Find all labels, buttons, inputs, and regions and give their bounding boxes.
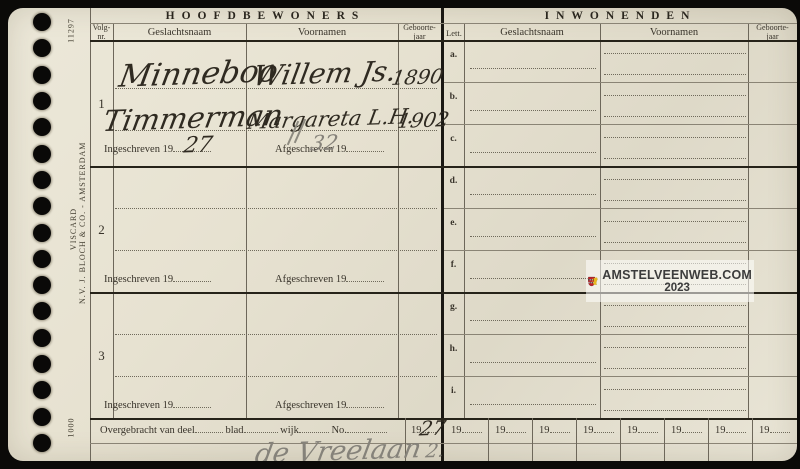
dotted-rule <box>470 320 596 321</box>
dotted-rule <box>604 242 746 243</box>
grid-line <box>90 40 797 42</box>
dotted-rule <box>115 208 437 209</box>
blad-label: blad <box>225 425 243 436</box>
punch-hole <box>33 250 51 268</box>
dotted-rule <box>115 376 437 377</box>
handwritten-birthyear-1: 1890 <box>390 64 446 90</box>
punch-hole <box>33 13 51 31</box>
dotted-rule <box>604 179 746 180</box>
letter-label: c. <box>446 134 461 144</box>
section-title-hoofdbewoners: HOOFDBEWONERS <box>90 10 441 23</box>
grid-line <box>708 418 709 461</box>
handwritten-ingeschreven-year: 27 <box>182 133 215 159</box>
punch-hole <box>33 381 51 399</box>
grid-line <box>444 124 797 125</box>
dotted-rule <box>604 410 746 411</box>
handwritten-street: de Vreelaan <box>253 433 424 461</box>
letter-label: h. <box>446 344 461 354</box>
printer-name: VISCARD <box>69 208 78 250</box>
grid-line <box>576 418 577 461</box>
row-number: 2 <box>90 222 113 238</box>
dotted-rule <box>604 347 746 348</box>
punch-hole <box>33 224 51 242</box>
punch-hole <box>33 302 51 320</box>
ingeschreven-label: Ingeschreven 19 <box>104 398 211 411</box>
dotted-rule <box>470 68 596 69</box>
handwritten-birthyear-2: 1902 <box>396 107 452 133</box>
letter-label: a. <box>446 50 461 60</box>
dotted-rule <box>470 194 596 195</box>
dotted-rule <box>604 305 746 306</box>
dotted-rule <box>604 53 746 54</box>
stock-number: 1000 <box>67 411 76 445</box>
dotted-rule <box>604 221 746 222</box>
punch-hole <box>33 197 51 215</box>
column-header-geslachtsnaam: Geslachtsnaam <box>113 27 246 38</box>
grid-line <box>444 334 797 335</box>
row-number: 3 <box>90 348 113 364</box>
dotted-rule <box>604 137 746 138</box>
dotted-rule <box>604 116 746 117</box>
punch-hole <box>33 39 51 57</box>
handwritten-afgeschreven-year: 32 <box>309 131 340 156</box>
letter-label: e. <box>446 218 461 228</box>
grid-line <box>444 82 797 83</box>
scanned-card-photo: { "edge": { "print_number": "11297", "pr… <box>0 0 800 469</box>
column-header-geboortejaar-right: Geboorte- jaar <box>748 24 797 41</box>
letter-label: g. <box>446 302 461 312</box>
grid-line <box>444 250 797 251</box>
no-label: No. <box>331 425 346 436</box>
footer-year-cell: 19 <box>539 423 570 436</box>
grid-line <box>113 23 114 418</box>
dotted-rule <box>604 326 746 327</box>
dotted-rule <box>470 362 596 363</box>
footer-year-cell: 19 <box>671 423 702 436</box>
punch-hole <box>33 92 51 110</box>
punch-hole <box>33 171 51 189</box>
column-header-voornamen-right: Voornamen <box>600 27 748 38</box>
dotted-rule <box>470 110 596 111</box>
column-header-geslachtsnaam-right: Geslachtsnaam <box>464 27 600 38</box>
registration-card: 11297 VISCARD N.V. J. BLOCH & CO. - AMST… <box>8 8 797 461</box>
handwritten-house-number: 2. <box>424 440 446 461</box>
grid-line <box>488 418 489 461</box>
column-header-lett: Lett. <box>444 28 464 38</box>
punch-hole <box>33 118 51 136</box>
dotted-rule <box>470 236 596 237</box>
letter-label: d. <box>446 176 461 186</box>
footer-year-cell: 19 <box>715 423 746 436</box>
grid-line <box>90 23 797 24</box>
footer-year-cell: 19 <box>451 423 482 436</box>
footer-year-cell: 19 <box>583 423 614 436</box>
dotted-rule <box>470 404 596 405</box>
grid-line <box>90 166 797 168</box>
column-header-voornamen: Voornamen <box>246 27 398 38</box>
grid-line <box>752 418 753 461</box>
grid-line <box>620 418 621 461</box>
overgebracht-label: Overgebracht van deel blad wijk No. <box>100 423 387 436</box>
watermark-year: 2023 <box>664 282 690 294</box>
grid-line <box>664 418 665 461</box>
punch-hole <box>33 329 51 347</box>
ingeschreven-label: Ingeschreven 19 <box>104 272 211 285</box>
card-print-number: 11297 <box>67 8 76 54</box>
letter-label: i. <box>446 386 461 396</box>
dotted-rule <box>470 152 596 153</box>
printer-imprint: VISCARD N.V. J. BLOCH & CO. - AMSTERDAM <box>69 154 87 304</box>
grid-line <box>444 208 797 209</box>
lion-rampant-icon <box>592 268 598 294</box>
afgeschreven-label: Afgeschreven 19 <box>275 398 384 411</box>
letter-label: f. <box>446 260 461 270</box>
column-header-volgnr: Volg- nr. <box>90 24 113 41</box>
dotted-rule <box>604 95 746 96</box>
handwritten-firstname-1: Willem Js. <box>251 55 399 93</box>
dotted-rule <box>604 389 746 390</box>
dotted-rule <box>604 368 746 369</box>
dotted-rule <box>115 250 437 251</box>
dotted-rule <box>604 158 746 159</box>
footer-year-cell: 19 <box>759 423 790 436</box>
printer-info: N.V. J. BLOCH & CO. - AMSTERDAM <box>78 142 87 304</box>
grid-line <box>532 418 533 461</box>
afgeschreven-label: Afgeschreven 19 <box>275 272 384 285</box>
watermark-site: AMSTELVEENWEB.COM <box>602 268 752 282</box>
letter-label: b. <box>446 92 461 102</box>
dotted-rule <box>115 334 437 335</box>
punch-hole <box>33 145 51 163</box>
dotted-rule <box>470 278 596 279</box>
section-title-inwonenden: INWONENDEN <box>444 10 797 23</box>
punch-hole <box>33 276 51 294</box>
column-header-geboortejaar: Geboorte- jaar <box>398 24 441 41</box>
watermark: AMSTELVEENWEB.COM 2023 <box>586 260 754 302</box>
punch-hole <box>33 408 51 426</box>
footer-year-cell: 19 <box>495 423 526 436</box>
binder-holes <box>33 13 51 452</box>
punch-hole <box>33 434 51 452</box>
punch-hole <box>33 355 51 373</box>
dotted-rule <box>604 74 746 75</box>
grid-line <box>444 376 797 377</box>
footer-year-cell: 19 <box>627 423 658 436</box>
punch-hole <box>33 66 51 84</box>
dotted-rule <box>604 200 746 201</box>
wijk-label: wijk <box>280 425 299 436</box>
